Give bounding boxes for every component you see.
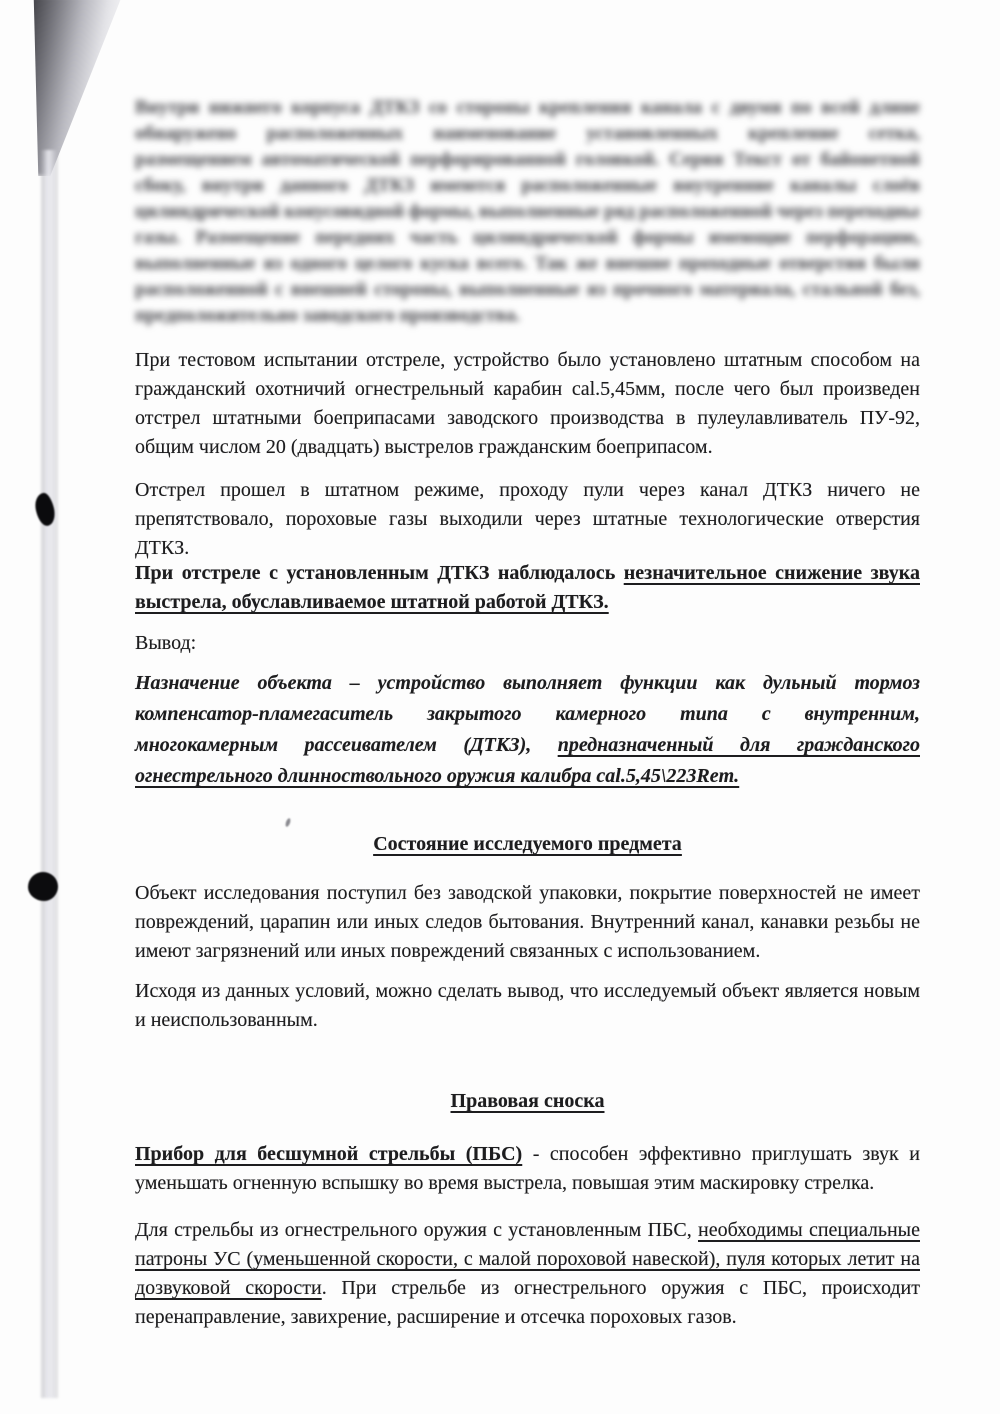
document-text-column: Внутри нижнего корпуса ДТКЗ со стороны к… [135, 0, 920, 1332]
paragraph-test-shooting: При тестовом испытании отстреле, устройс… [135, 346, 920, 462]
paragraph-sound-reduction: При отстреле с установленным ДТКЗ наблюд… [135, 559, 920, 617]
scanned-document-page: Внутри нижнего корпуса ДТКЗ со стороны к… [0, 0, 1000, 1414]
scan-left-edge-fold-streak [41, 150, 58, 1398]
section-heading-condition: Состояние исследуемого предмета [135, 830, 920, 859]
blurred-illegible-paragraph: Внутри нижнего корпуса ДТКЗ со стороны к… [135, 95, 920, 329]
blurred-line: цилиндрической конусовидной формы, выпол… [135, 199, 920, 225]
paragraph-condition-verdict: Исходя из данных условий, можно сделать … [135, 977, 920, 1035]
pbs-term-underlined: Прибор для бесшумной стрельбы (ПБС) [135, 1143, 522, 1165]
blurred-line: расположенной с внешней стороны, выполне… [135, 277, 920, 303]
section-heading-legal-text: Правовая сноска [451, 1090, 605, 1112]
paragraph-conclusion: Назначение объекта – устройство выполняе… [135, 668, 920, 792]
paragraph-condition-state: Объект исследования поступил без заводск… [135, 879, 920, 966]
paragraph-shooting-result: Отстрел прошел в штатном режиме, проходу… [135, 476, 920, 563]
blurred-line: размещением автоматической перфорированн… [135, 147, 920, 173]
paragraph-pbs-ammo: Для стрельбы из огнестрельного оружия с … [135, 1216, 920, 1332]
sound-reduction-lead: При отстреле с установленным ДТКЗ наблюд… [135, 562, 624, 584]
paragraph-pbs-definition: Прибор для бесшумной стрельбы (ПБС) - сп… [135, 1140, 920, 1198]
conclusion-label: Вывод: [135, 629, 920, 658]
ink-blot-lower [28, 872, 58, 901]
blurred-line: обнаружено расположенных наименование ус… [135, 121, 920, 147]
blurred-line: предположительно заводского производства… [135, 303, 920, 329]
blurred-line: сбоку, внутри данного ДТКЗ имеются распо… [135, 173, 920, 199]
section-heading-legal: Правовая сноска [135, 1087, 920, 1116]
blurred-line: газы. Размещение передних часть цилиндри… [135, 225, 920, 251]
blurred-line: Внутри нижнего корпуса ДТКЗ со стороны к… [135, 95, 920, 121]
blurred-line: выполненные из одного целого куска всего… [135, 251, 920, 277]
pbs-ammo-lead: Для стрельбы из огнестрельного оружия с … [135, 1219, 698, 1241]
section-heading-condition-text: Состояние исследуемого предмета [373, 833, 682, 855]
